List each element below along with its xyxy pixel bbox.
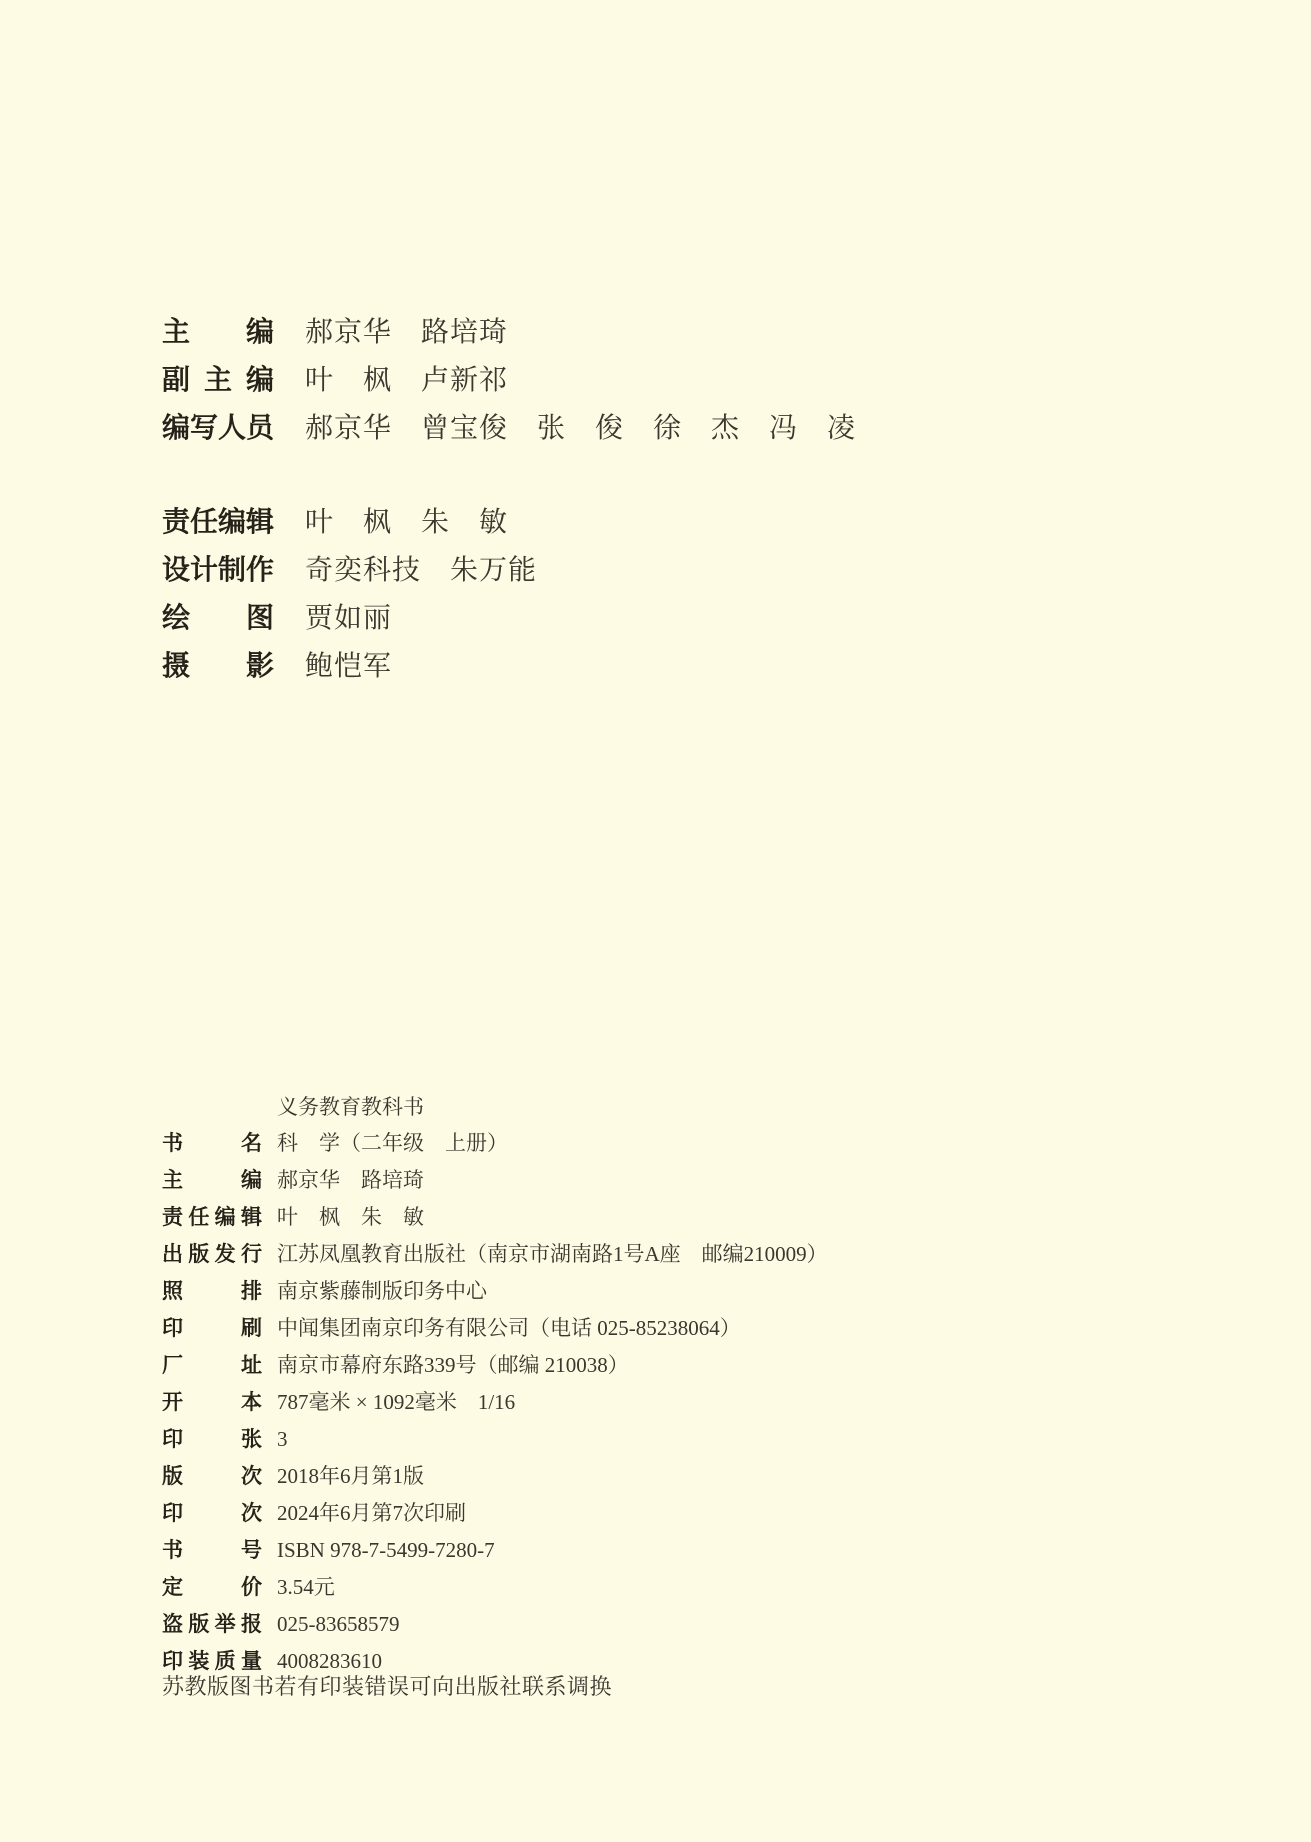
field-label: 副主编: [162, 356, 274, 403]
field-label: 盗版举报: [162, 1607, 262, 1643]
field-value: 叶 枫 朱 敏: [277, 1205, 424, 1229]
colophon-row: 责任编辑叶 枫 朱 敏: [162, 498, 856, 546]
field-label: 版次: [162, 1459, 262, 1495]
field-value: ISBN 978-7-5499-7280-7: [277, 1538, 495, 1562]
field-value: 郝京华 路培琦: [277, 1168, 424, 1192]
field-value: 3.54元: [277, 1575, 335, 1599]
colophon-row: 定价3.54元: [162, 1569, 828, 1606]
field-value: 787毫米 × 1092毫米 1/16: [277, 1390, 515, 1414]
field-value: 3: [277, 1427, 288, 1451]
colophon-page: 主编郝京华 路培琦 副主编叶 枫 卢新祁 编写人员郝京华 曾宝俊 张 俊 徐 杰…: [0, 0, 1311, 1842]
colophon-row: 版次2018年6月第1版: [162, 1458, 828, 1495]
editorial-credits-group: 主编郝京华 路培琦 副主编叶 枫 卢新祁 编写人员郝京华 曾宝俊 张 俊 徐 杰…: [162, 308, 856, 452]
misprint-exchange-note: 苏教版图书若有印装错误可向出版社联系调换: [162, 1672, 612, 1702]
field-value: 南京市幕府东路339号（邮编 210038）: [277, 1353, 629, 1377]
colophon-row: 印刷中闻集团南京印务有限公司（电话 025-85238064）: [162, 1310, 828, 1347]
field-label: 厂址: [162, 1348, 262, 1384]
field-value: 2024年6月第7次印刷: [277, 1501, 466, 1525]
colophon-row: 书号ISBN 978-7-5499-7280-7: [162, 1532, 828, 1569]
field-label: 设计制作: [162, 546, 274, 593]
field-label: 绘图: [162, 594, 274, 641]
field-label: 定价: [162, 1570, 262, 1606]
field-label: 主编: [162, 1163, 262, 1199]
field-label: 印刷: [162, 1311, 262, 1347]
field-label: 书名: [162, 1126, 262, 1162]
colophon-row: 出版发行江苏凤凰教育出版社（南京市湖南路1号A座 邮编210009）: [162, 1236, 828, 1273]
field-value: 科 学（二年级 上册）: [277, 1131, 508, 1155]
series-title: 义务教育教科书: [162, 1089, 828, 1125]
field-value: 南京紫藤制版印务中心: [277, 1279, 487, 1303]
field-value: 贾如丽: [305, 603, 392, 634]
field-label: 印张: [162, 1422, 262, 1458]
colophon-row: 绘图贾如丽: [162, 594, 856, 642]
field-value: 叶 枫 朱 敏: [305, 507, 508, 538]
colophon-row: 印次2024年6月第7次印刷: [162, 1495, 828, 1532]
publication-rows: 书名科 学（二年级 上册） 主编郝京华 路培琦 责任编辑叶 枫 朱 敏 出版发行…: [162, 1125, 828, 1680]
field-label: 书号: [162, 1533, 262, 1569]
colophon-row: 书名科 学（二年级 上册）: [162, 1125, 828, 1162]
colophon-row: 照排南京紫藤制版印务中心: [162, 1273, 828, 1310]
field-value: 025-83658579: [277, 1612, 400, 1636]
field-label: 责任编辑: [162, 1200, 262, 1236]
field-label: 出版发行: [162, 1237, 262, 1273]
field-label: 主编: [162, 308, 274, 355]
colophon-row: 设计制作奇奕科技 朱万能: [162, 546, 856, 594]
colophon-row: 主编郝京华 路培琦: [162, 1162, 828, 1199]
colophon-row: 主编郝京华 路培琦: [162, 308, 856, 356]
field-value: 奇奕科技 朱万能: [305, 555, 537, 586]
production-credits-group: 责任编辑叶 枫 朱 敏 设计制作奇奕科技 朱万能 绘图贾如丽 摄影鲍恺军: [162, 498, 856, 690]
field-value: 中闻集团南京印务有限公司（电话 025-85238064）: [277, 1316, 741, 1340]
colophon-row: 责任编辑叶 枫 朱 敏: [162, 1199, 828, 1236]
field-label: 开本: [162, 1385, 262, 1421]
field-value: 江苏凤凰教育出版社（南京市湖南路1号A座 邮编210009）: [277, 1242, 828, 1266]
field-label: 照排: [162, 1274, 262, 1310]
publication-info-block: 义务教育教科书 书名科 学（二年级 上册） 主编郝京华 路培琦 责任编辑叶 枫 …: [162, 1089, 828, 1680]
colophon-row: 盗版举报025-83658579: [162, 1606, 828, 1643]
field-value: 叶 枫 卢新祁: [305, 365, 508, 396]
colophon-row: 开本787毫米 × 1092毫米 1/16: [162, 1384, 828, 1421]
credits-block: 主编郝京华 路培琦 副主编叶 枫 卢新祁 编写人员郝京华 曾宝俊 张 俊 徐 杰…: [162, 308, 856, 690]
field-value: 2018年6月第1版: [277, 1464, 424, 1488]
field-label: 印次: [162, 1496, 262, 1532]
field-label: 编写人员: [162, 404, 274, 451]
colophon-row: 印张3: [162, 1421, 828, 1458]
colophon-row: 编写人员郝京华 曾宝俊 张 俊 徐 杰 冯 凌: [162, 404, 856, 452]
field-value: 郝京华 路培琦: [305, 317, 508, 348]
colophon-row: 副主编叶 枫 卢新祁: [162, 356, 856, 404]
colophon-row: 厂址南京市幕府东路339号（邮编 210038）: [162, 1347, 828, 1384]
field-value: 鲍恺军: [305, 651, 392, 682]
field-label: 责任编辑: [162, 498, 274, 545]
field-label: 摄影: [162, 642, 274, 689]
colophon-row: 摄影鲍恺军: [162, 642, 856, 690]
field-value: 4008283610: [277, 1649, 382, 1673]
field-value: 郝京华 曾宝俊 张 俊 徐 杰 冯 凌: [305, 413, 856, 444]
